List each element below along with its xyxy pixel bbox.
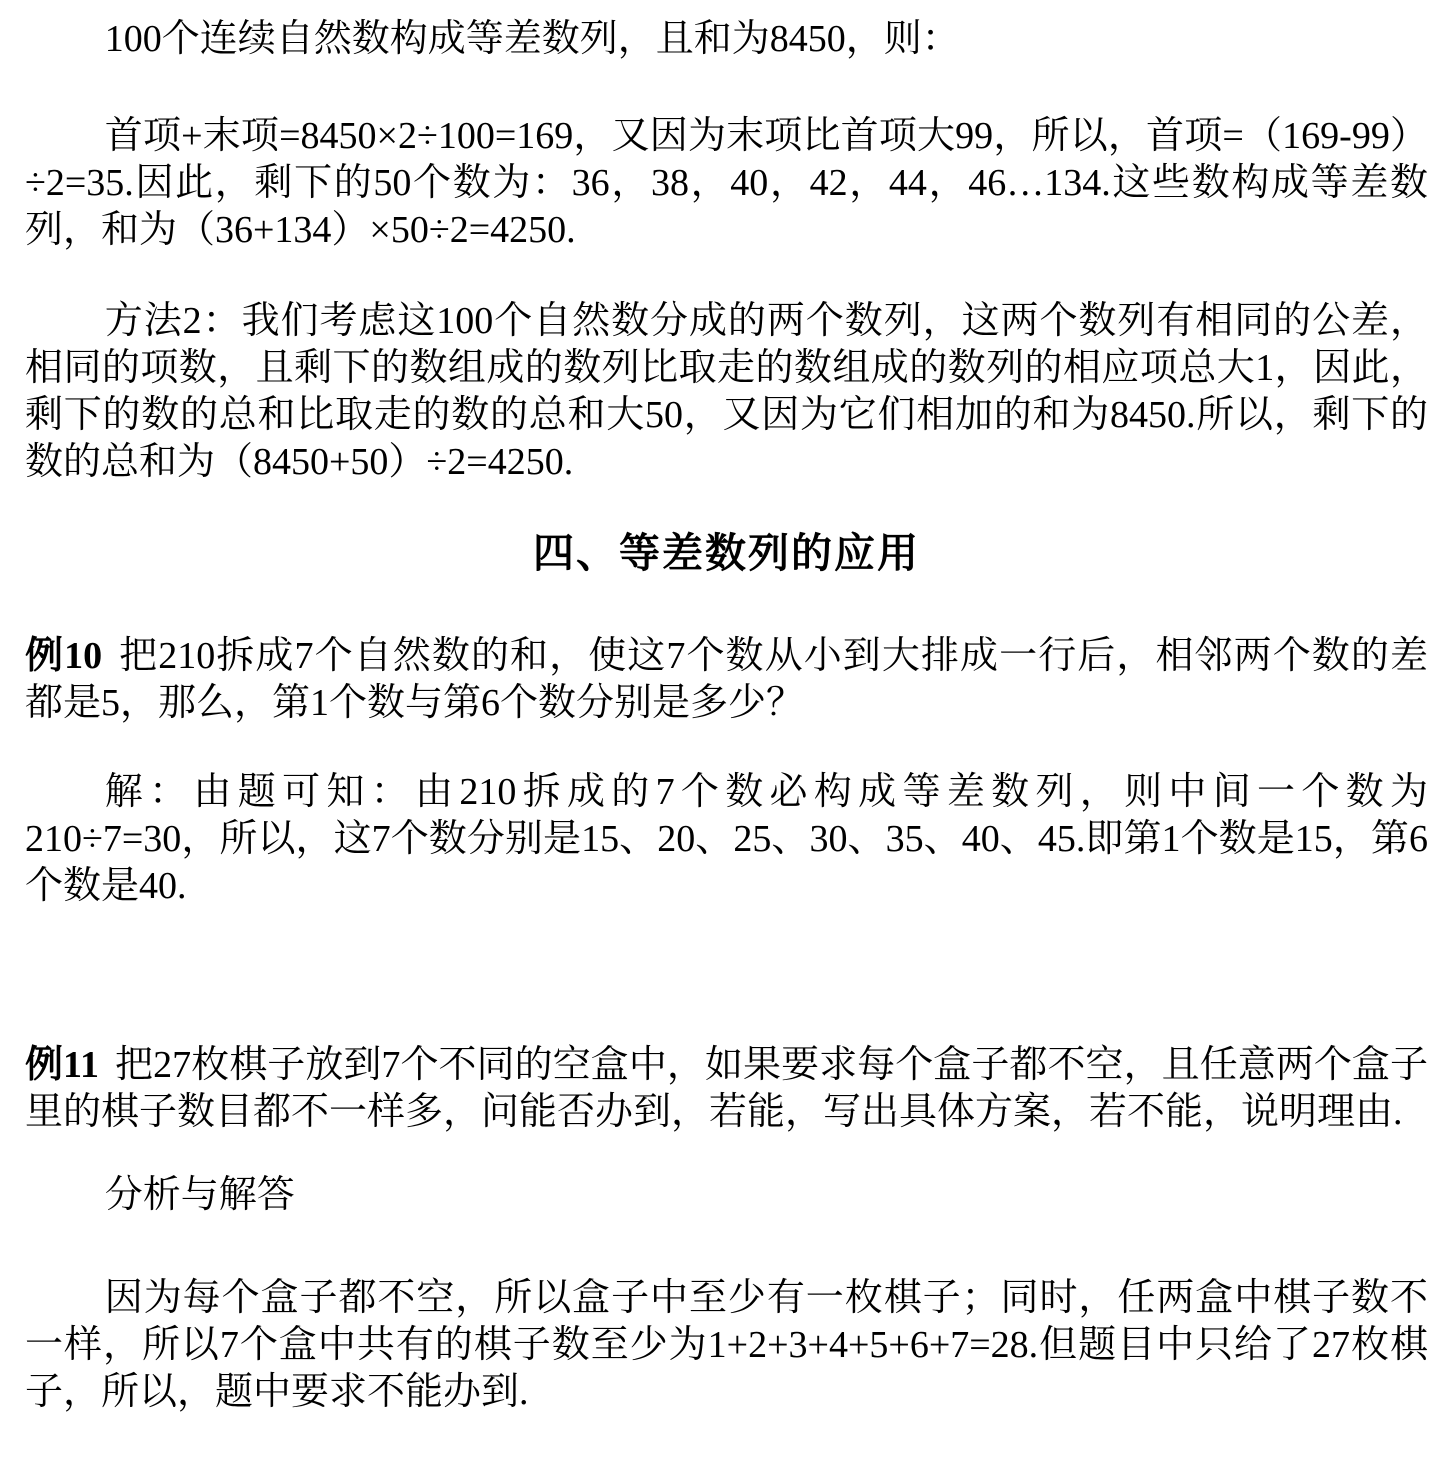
analysis-label: 分析与解答: [25, 1172, 1428, 1219]
example10-text: 把210拆成7个自然数的和，使这7个数从小到大排成一行后，相邻两个数的差都是5，…: [25, 635, 1428, 724]
paragraph-method2: 方法2：我们考虑这100个自然数分成的两个数列，这两个数列有相同的公差，相同的项…: [25, 298, 1428, 486]
example11-text: 把27枚棋子放到7个不同的空盒中，如果要求每个盒子都不空，且任意两个盒子里的棋子…: [25, 1044, 1428, 1133]
example11-label: 例11: [25, 1044, 99, 1086]
paragraph-example10: 例10把210拆成7个自然数的和，使这7个数从小到大排成一行后，相邻两个数的差都…: [25, 633, 1428, 727]
paragraph-intro: 100个连续自然数构成等差数列，且和为8450，则：: [25, 16, 1428, 63]
paragraph-method1: 首项+末项=8450×2÷100=169，又因为末项比首项大99，所以，首项=（…: [25, 113, 1428, 254]
paragraph-solution10: 解：由题可知：由210拆成的7个数必构成等差数列，则中间一个数为210÷7=30…: [25, 769, 1428, 910]
section-heading: 四、等差数列的应用: [25, 530, 1428, 577]
paragraph-solution11: 因为每个盒子都不空，所以盒子中至少有一枚棋子；同时，任两盒中棋子数不一样，所以7…: [25, 1275, 1428, 1416]
paragraph-example11: 例11把27枚棋子放到7个不同的空盒中，如果要求每个盒子都不空，且任意两个盒子里…: [25, 1042, 1428, 1136]
example10-label: 例10: [25, 635, 102, 677]
document-page: 100个连续自然数构成等差数列，且和为8450，则： 首项+末项=8450×2÷…: [0, 0, 1450, 1464]
